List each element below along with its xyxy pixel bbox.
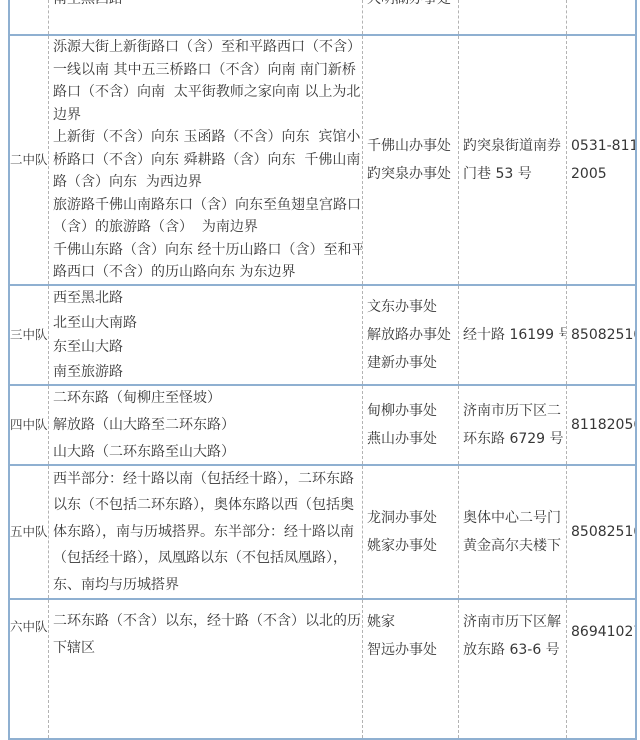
phone-cell: 81182056 <box>566 386 635 464</box>
text-line: 环东路 6729 号 <box>463 425 566 453</box>
team-cell <box>10 0 48 34</box>
text-line: 上新街（不含）向东 玉函路（不含）向东 宾馆小 <box>53 126 360 149</box>
text-line: 趵突泉办事处 <box>367 160 458 188</box>
address-cell: 济南市历下区二环东路 6729 号 <box>458 386 566 464</box>
team-label: 四中队 <box>10 416 48 434</box>
team-label: 五中队 <box>10 523 48 541</box>
table-row: 南至黑西路 大明湖办事处 <box>10 0 635 36</box>
text-line: 甸柳办事处 <box>367 397 458 425</box>
area-cell: 西半部分：经十路以南（包括经十路），二环东路以东（不包括二环东路），奥体东路以西… <box>48 466 362 598</box>
text-line: 解放路办事处 <box>367 321 458 349</box>
address-cell: 济南市历下区解放东路 63-6 号 <box>458 600 566 640</box>
text-line: 黄金高尔夫楼下 <box>463 532 566 560</box>
text-line: 85082510 <box>571 518 635 546</box>
text-line: 大明湖办事处 <box>367 0 458 11</box>
text-line: 文东办事处 <box>367 293 458 321</box>
text-line: 桥路口（不含）向东 舜耕路（含）向东 千佛山南 <box>53 149 360 172</box>
team-cell: 五中队 <box>10 466 48 598</box>
jurisdiction-table: 南至黑西路 大明湖办事处 二中队 泺源大街上新街路口（含）至和平路西口（不含）一… <box>8 0 637 640</box>
text-line: 体东路），南与历城搭界。东半部分：经十路以南 <box>53 519 360 546</box>
text-line: 下辖区 <box>53 635 360 640</box>
text-line: 西半部分：经十路以南（包括经十路），二环东路 <box>53 466 360 492</box>
text-line: 85082510 <box>571 321 635 349</box>
text-line: 81182056 <box>571 411 635 439</box>
text-line: 旅游路千佛山南路东口（含）向东至鱼翅皇宫路口 <box>53 194 360 217</box>
text-line: 二环东路（甸柳庄至怪坡） <box>53 386 360 412</box>
area-cell: 泺源大街上新街路口（含）至和平路西口（不含）一线以南 其中五三桥路口（不含）向南… <box>48 36 362 284</box>
table-row: 三中队 西至黑北路北至山大南路东至山大路南至旅游路 文东办事处解放路办事处建新办… <box>10 286 635 386</box>
text-line: 千佛山办事处 <box>367 132 458 160</box>
text-line: 路西口（不含）的历山路向东 为东边界 <box>53 261 360 284</box>
text-line: 解放路（山大路至二环东路） <box>53 412 360 439</box>
text-line: 以东（不包括二环东路），奥体东路以西（包括奥 <box>53 492 360 519</box>
office-cell: 甸柳办事处燕山办事处 <box>362 386 458 464</box>
team-cell: 四中队 <box>10 386 48 464</box>
text-line: 济南市历下区解 <box>463 608 566 636</box>
text-line: 放东路 63-6 号 <box>463 636 566 640</box>
office-cell: 姚家智远办事处 <box>362 600 458 640</box>
office-cell: 文东办事处解放路办事处建新办事处 <box>362 286 458 384</box>
office-cell: 大明湖办事处 <box>362 0 458 34</box>
office-cell: 龙洞办事处姚家办事处 <box>362 466 458 598</box>
text-line: 二环东路（不含）以东，经十路（不含）以北的历 <box>53 608 360 635</box>
text-line: 南至黑西路 <box>53 0 360 11</box>
text-line: 龙洞办事处 <box>367 504 458 532</box>
phone-cell: 0531-81182005 <box>566 36 635 284</box>
text-line: 燕山办事处 <box>367 425 458 453</box>
text-line: 门巷 53 号 <box>463 160 566 188</box>
text-line: 建新办事处 <box>367 349 458 377</box>
text-line: 0531-8118 <box>571 132 635 160</box>
text-line: 路（含）向东 为西边界 <box>53 171 360 194</box>
area-cell: 西至黑北路北至山大南路东至山大路南至旅游路 <box>48 286 362 384</box>
text-line: 南至旅游路 <box>53 360 360 385</box>
team-cell: 二中队 <box>10 36 48 284</box>
text-line: 2005 <box>571 160 635 188</box>
team-label: 六中队 <box>10 618 48 636</box>
text-line: 山大路（二环东路至山大路） <box>53 439 360 465</box>
text-line: （含）的旅游路（含） 为南边界 <box>53 216 360 239</box>
team-cell: 三中队 <box>10 286 48 384</box>
table-row: 六中队 二环东路（不含）以东，经十路（不含）以北的历下辖区 姚家智远办事处 济南… <box>10 600 635 640</box>
team-cell: 六中队 <box>10 600 48 640</box>
address-cell: 趵突泉街道南券门巷 53 号 <box>458 36 566 284</box>
phone-cell: 86941027 <box>566 600 635 640</box>
text-line: 奥体中心二号门 <box>463 504 566 532</box>
table-row: 五中队 西半部分：经十路以南（包括经十路），二环东路以东（不包括二环东路），奥体… <box>10 466 635 600</box>
text-line: 泺源大街上新街路口（含）至和平路西口（不含） <box>53 36 360 59</box>
address-cell <box>458 0 566 34</box>
text-line: 86941027 <box>571 618 635 640</box>
area-cell: 二环东路（甸柳庄至怪坡）解放路（山大路至二环东路）山大路（二环东路至山大路） <box>48 386 362 464</box>
text-line: 姚家 <box>367 608 458 636</box>
table-row: 四中队 二环东路（甸柳庄至怪坡）解放路（山大路至二环东路）山大路（二环东路至山大… <box>10 386 635 466</box>
phone-cell: 85082510 <box>566 466 635 598</box>
text-line: 一线以南 其中五三桥路口（不含）向南 南门新桥 <box>53 59 360 82</box>
text-line: 边界 <box>53 104 360 127</box>
team-label: 三中队 <box>10 326 48 344</box>
address-cell: 经十路 16199 号 <box>458 286 566 384</box>
office-cell: 千佛山办事处趵突泉办事处 <box>362 36 458 284</box>
phone-cell: 85082510 <box>566 286 635 384</box>
text-line: 智远办事处 <box>367 636 458 640</box>
address-cell: 奥体中心二号门黄金高尔夫楼下 <box>458 466 566 598</box>
team-label: 二中队 <box>10 151 48 169</box>
text-line: 济南市历下区二 <box>463 397 566 425</box>
text-line: 姚家办事处 <box>367 532 458 560</box>
text-line: 西至黑北路 <box>53 286 360 311</box>
text-line: 趵突泉街道南券 <box>463 132 566 160</box>
text-line: 东、南均与历城搭界 <box>53 572 360 598</box>
area-cell: 二环东路（不含）以东，经十路（不含）以北的历下辖区 <box>48 600 362 640</box>
table-row: 二中队 泺源大街上新街路口（含）至和平路西口（不含）一线以南 其中五三桥路口（不… <box>10 36 635 286</box>
area-cell: 南至黑西路 <box>48 0 362 34</box>
text-line: 北至山大南路 <box>53 311 360 336</box>
text-line: 路口（不含）向南 太平街教师之家向南 以上为北 <box>53 81 360 104</box>
text-line: 千佛山东路（含）向东 经十历山路口（含）至和平 <box>53 239 360 262</box>
text-line: （包括经十路），凤凰路以东（不包括凤凰路）， <box>53 545 360 572</box>
text-line: 东至山大路 <box>53 335 360 360</box>
text-line: 经十路 16199 号 <box>463 321 566 349</box>
phone-cell <box>566 0 635 34</box>
